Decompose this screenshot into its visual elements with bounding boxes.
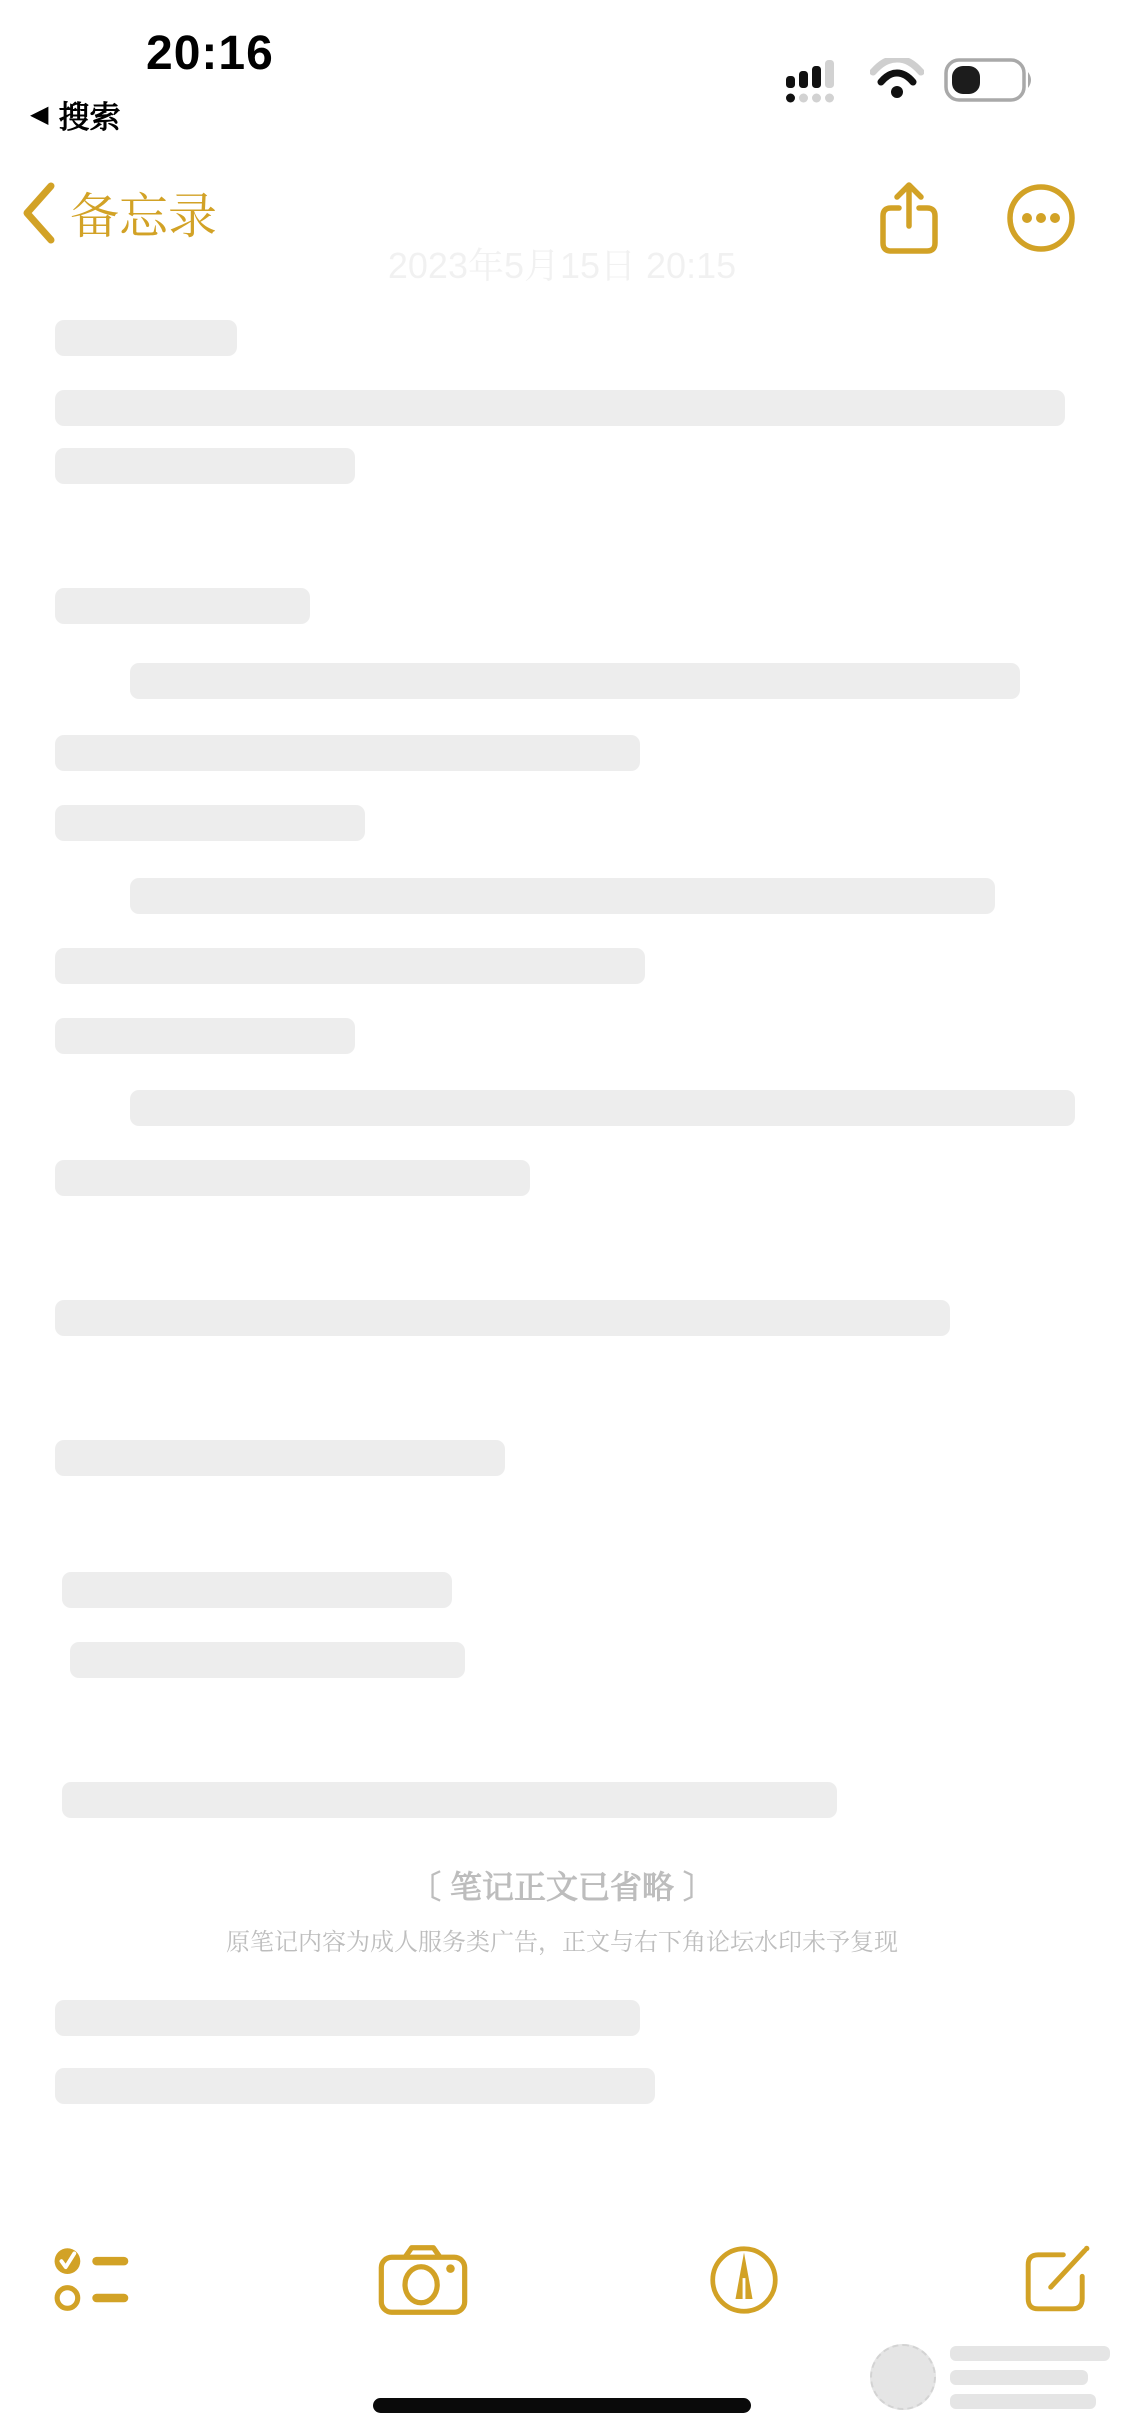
chevron-left-icon	[22, 182, 56, 244]
redacted-text-line	[70, 1642, 465, 1678]
markup-pen-icon	[707, 2244, 781, 2316]
redacted-text-line	[55, 1160, 530, 1196]
redacted-text-line	[55, 805, 365, 841]
camera-icon	[377, 2244, 469, 2316]
camera-button[interactable]	[377, 2244, 469, 2321]
watermark-logo-redacted	[870, 2344, 936, 2410]
battery-icon	[944, 58, 1036, 102]
redaction-notice-title: 〔 笔记正文已省略 〕	[0, 1862, 1124, 1908]
redacted-text-line	[55, 448, 355, 484]
redacted-text-line	[55, 390, 1065, 426]
redacted-text-line	[55, 588, 310, 624]
status-bar-time: 20:16	[146, 26, 274, 81]
cellular-signal-icon	[786, 58, 850, 104]
redaction-notice: 〔 笔记正文已省略 〕 原笔记内容为成人服务类广告，正文与右下角论坛水印未予复现	[0, 1862, 1124, 1957]
redacted-text-line	[62, 1572, 452, 1608]
note-date-line: 2023年5月15日 20:15	[0, 238, 1124, 289]
home-indicator[interactable]	[373, 2398, 751, 2413]
compose-button[interactable]	[1018, 2244, 1096, 2321]
redacted-text-line	[130, 663, 1020, 699]
checklist-icon	[48, 2244, 140, 2316]
watermark-redacted	[870, 2344, 1110, 2410]
markup-button[interactable]	[707, 2244, 781, 2321]
redacted-text-line	[55, 1300, 950, 1336]
back-to-search-breadcrumb[interactable]: ◀ 搜索	[30, 92, 120, 137]
wifi-icon	[870, 58, 924, 100]
redacted-text-line	[55, 320, 237, 356]
redacted-text-line	[130, 1090, 1075, 1126]
redacted-text-line	[130, 878, 995, 914]
redacted-text-line	[55, 1440, 505, 1476]
redacted-text-line	[55, 2000, 640, 2036]
redacted-text-line	[55, 2068, 655, 2104]
redacted-text-line	[62, 1782, 837, 1818]
redacted-text-line	[55, 1018, 355, 1054]
redacted-text-line	[55, 735, 640, 771]
checklist-button[interactable]	[48, 2244, 140, 2321]
redacted-text-line	[55, 948, 645, 984]
status-icons	[786, 58, 1036, 104]
redaction-notice-detail: 原笔记内容为成人服务类广告，正文与右下角论坛水印未予复现	[0, 1922, 1124, 1957]
watermark-text-redacted	[950, 2346, 1110, 2409]
notes-app-screen: 20:16 ◀ 搜索	[0, 0, 1124, 2436]
back-to-app-label: 搜索	[58, 92, 120, 137]
notes-toolbar	[0, 2242, 1124, 2322]
compose-icon	[1018, 2244, 1096, 2316]
back-triangle-icon: ◀	[30, 103, 48, 127]
